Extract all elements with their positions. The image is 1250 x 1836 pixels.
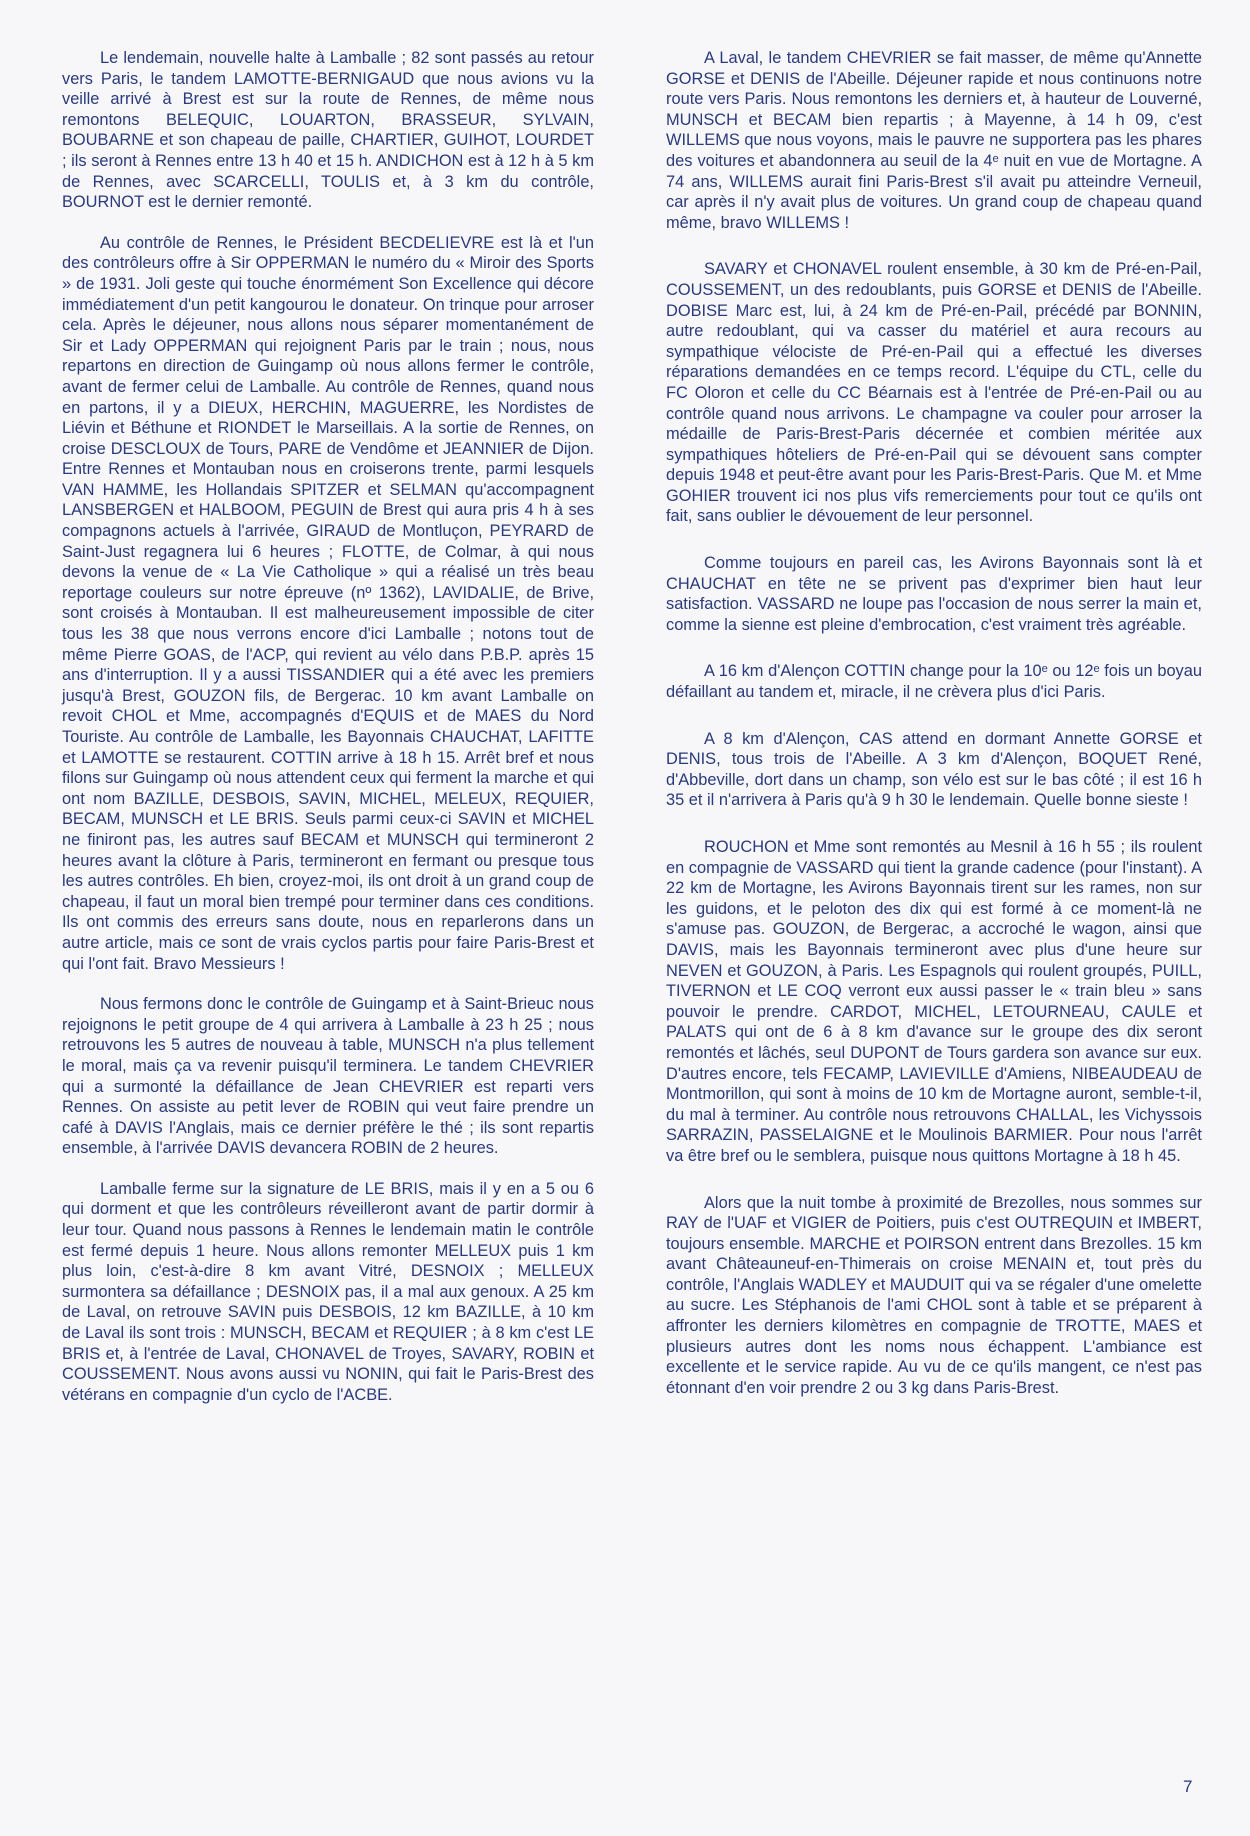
paragraph: ROUCHON et Mme sont remontés au Mesnil à… — [666, 837, 1202, 1167]
paragraph: SAVARY et CHONAVEL roulent ensemble, à 3… — [666, 259, 1202, 527]
left-column: Le lendemain, nouvelle halte à Lamballe … — [62, 48, 594, 1405]
paragraph: A Laval, le tandem CHEVRIER se fait mass… — [666, 48, 1202, 233]
page-number: 7 — [1183, 1777, 1192, 1797]
paragraph: A 16 km d'Alençon COTTIN change pour la … — [666, 661, 1202, 702]
paragraph: Nous fermons donc le contrôle de Guingam… — [62, 994, 594, 1159]
paragraph: A 8 km d'Alençon, CAS attend en dormant … — [666, 729, 1202, 811]
paragraph: Au contrôle de Rennes, le Président BECD… — [62, 233, 594, 974]
paragraph: Comme toujours en pareil cas, les Aviron… — [666, 553, 1202, 635]
right-column: A Laval, le tandem CHEVRIER se fait mass… — [666, 48, 1202, 1398]
paragraph: Le lendemain, nouvelle halte à Lamballe … — [62, 48, 594, 213]
paragraph: Alors que la nuit tombe à proximité de B… — [666, 1193, 1202, 1399]
paragraph: Lamballe ferme sur la signature de LE BR… — [62, 1179, 594, 1406]
